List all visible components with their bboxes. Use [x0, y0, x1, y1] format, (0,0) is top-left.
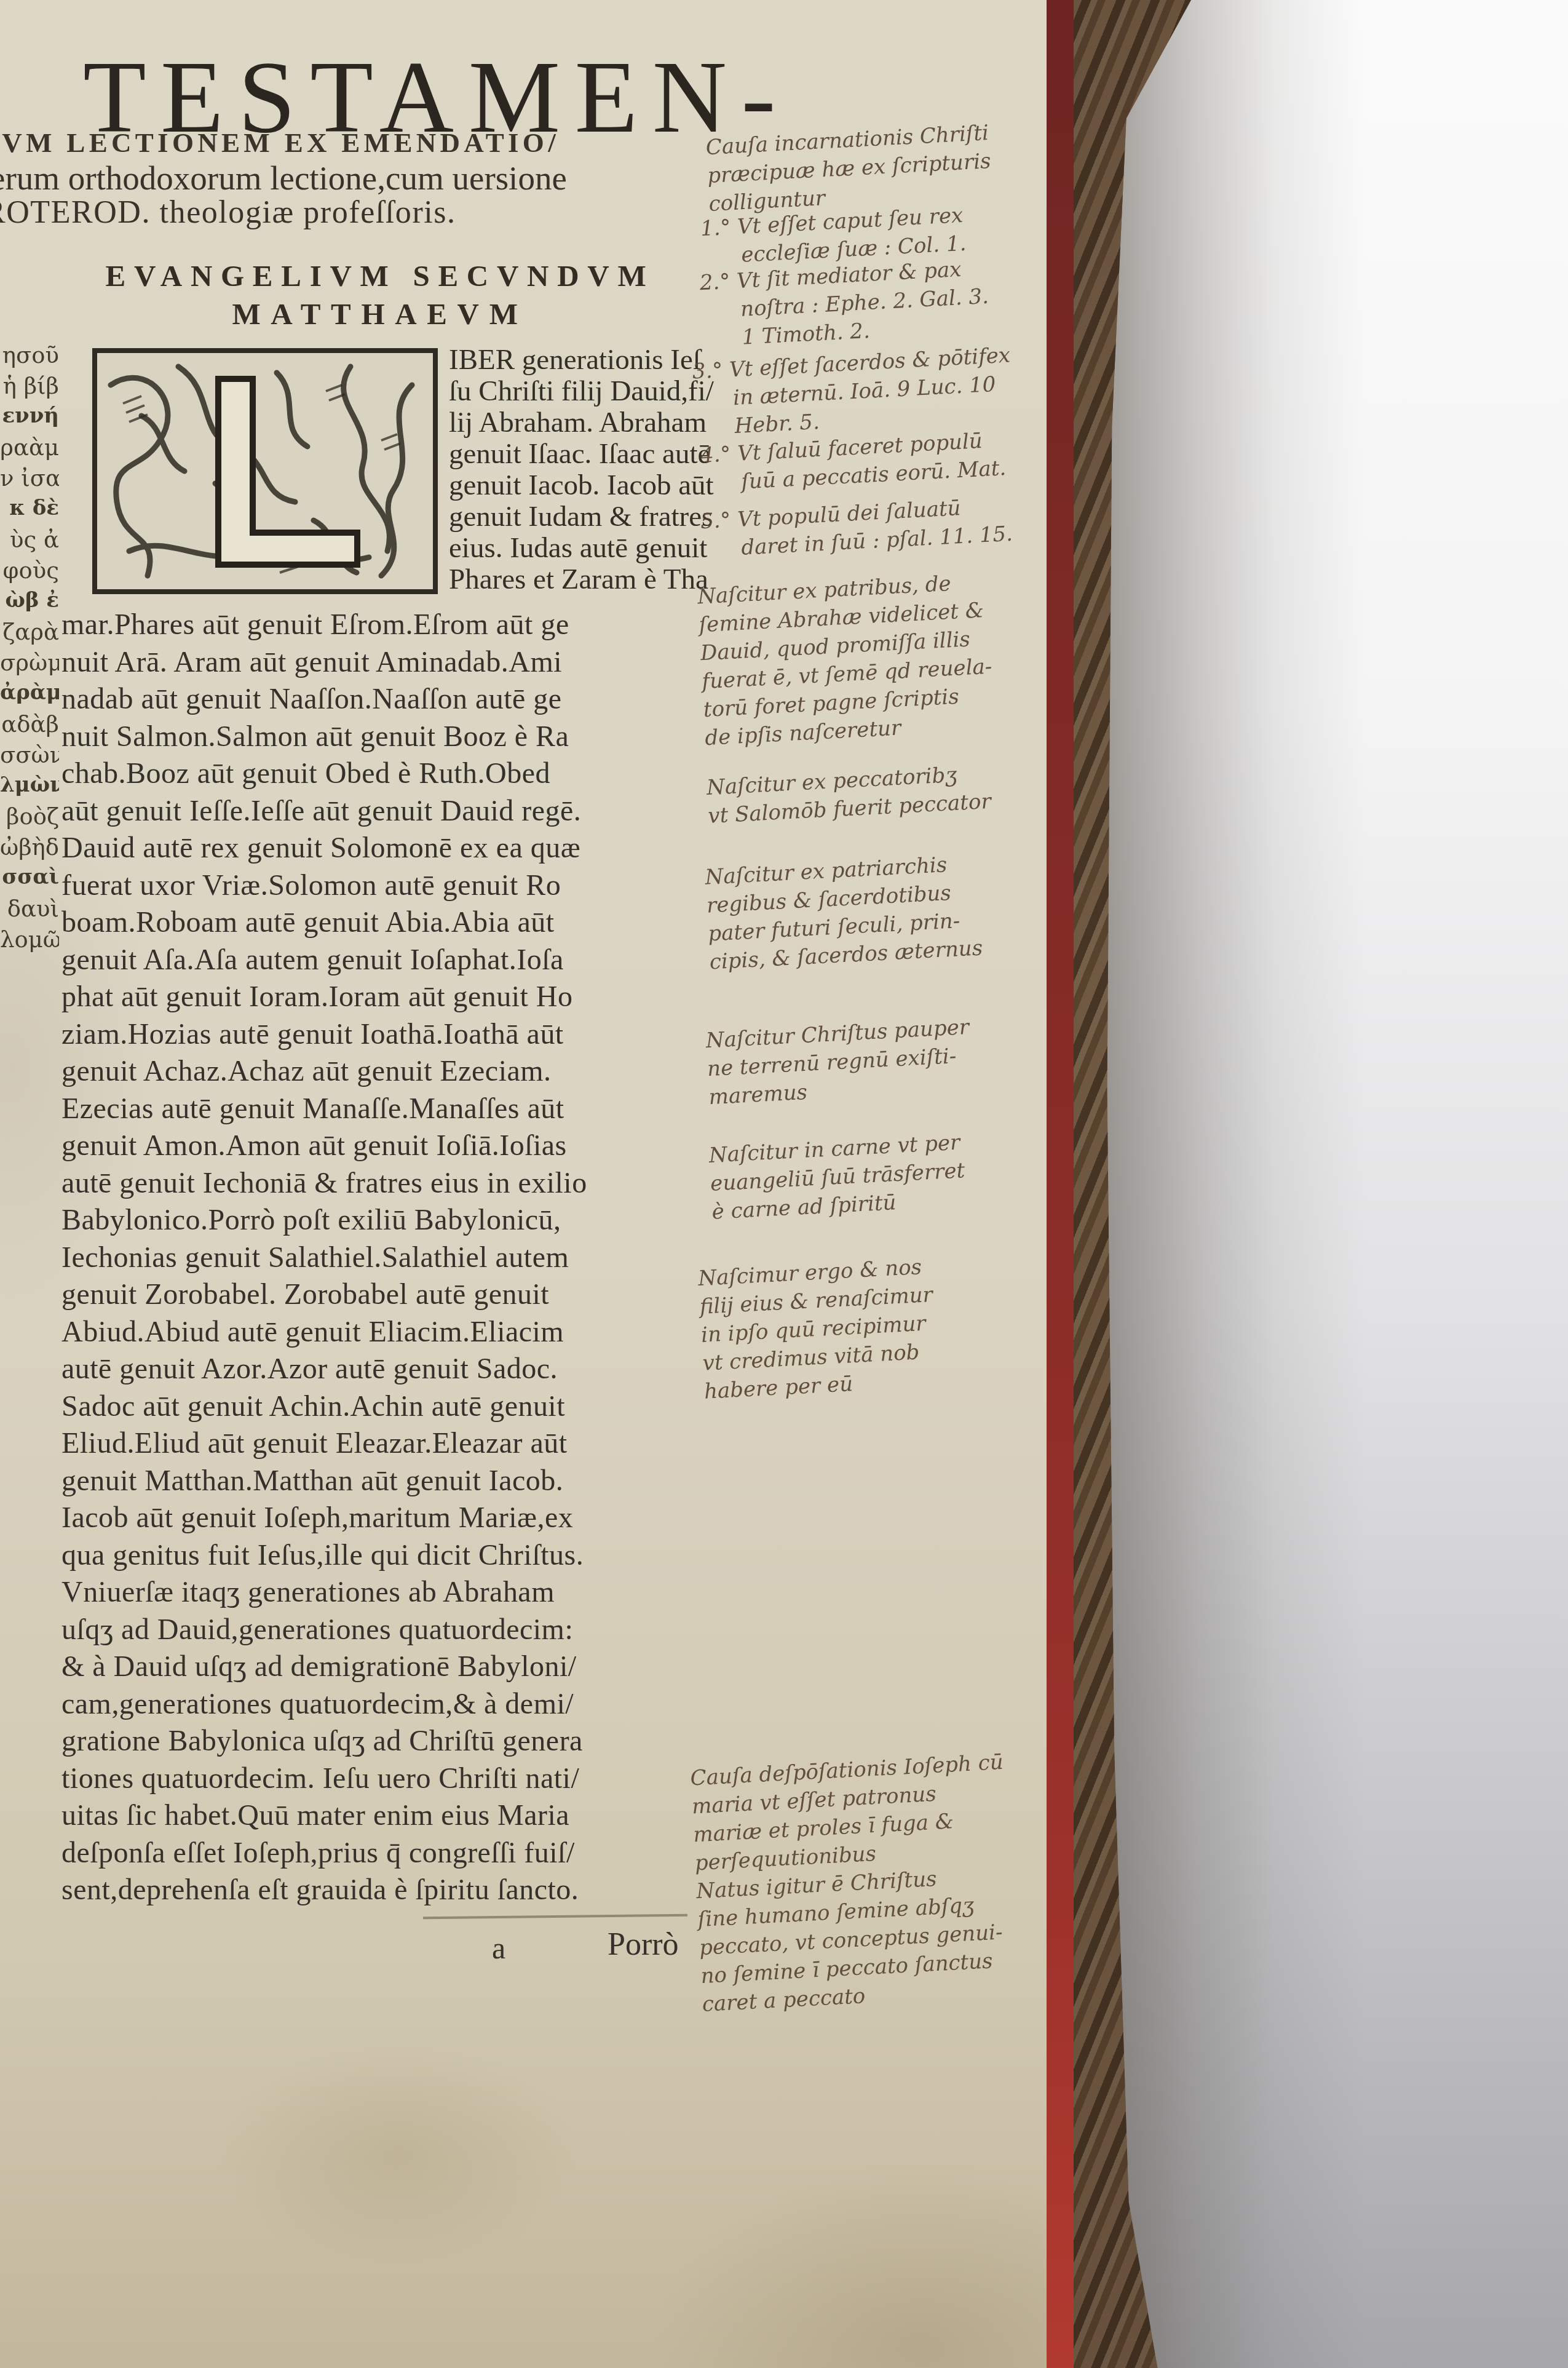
- signature-mark: a: [492, 1930, 505, 1966]
- text-line: eius. Iudas autē genuit: [449, 533, 714, 564]
- marginalia-block: Naſcimur ergo & nos filij eius & renaſci…: [697, 1252, 938, 1406]
- marginalia-block: Naſcitur in carne vt per euangeliū ſuū t…: [708, 1128, 967, 1226]
- opening-lines: IBER generationis Ieſ ſu Chriſti filij D…: [449, 344, 714, 595]
- text-line: nuit Arā. Aram aūt genuit Aminadab.Ami: [61, 644, 587, 681]
- text-line: nadab aūt genuit Naaſſon.Naaſſon autē ge: [61, 681, 587, 718]
- text-line: deſponſa eſſet Ioſeph,prius q̄ congreſſi…: [61, 1835, 587, 1872]
- greek-fragment: ὼβ ἐ: [0, 588, 59, 619]
- text-line: aūt genuit Ieſſe.Ieſſe aūt genuit Dauid …: [61, 793, 587, 830]
- photo-of-open-book: ησοῦ ἡ βίβ εννή ραὰμ ν ἰσα κ δὲ ὺς ἀ φοὺ…: [0, 0, 1568, 2368]
- text-line: autē genuit Azor.Azor autē genuit Sadoc.: [61, 1351, 587, 1388]
- text-line: mar.Phares aūt genuit Eſrom.Eſrom aūt ge: [61, 606, 587, 644]
- text-line: gratione Babylonica uſqʒ ad Chriſtū gene…: [61, 1723, 587, 1760]
- text-line: Sadoc aūt genuit Achin.Achin autē genuit: [61, 1388, 587, 1426]
- marginalia-block: Naſcitur ex patriarchis regibus & ſacerd…: [704, 849, 983, 976]
- text-line: genuit Iacob. Iacob aūt: [449, 470, 714, 501]
- text-line: Babylonico.Porrò poſt exiliū Babylonicū,: [61, 1202, 587, 1239]
- greek-fragment: ὠβὴδ: [0, 834, 59, 865]
- marginalia-block: 2.° Vt ſit mediator & pax noſtra : Ephe.…: [699, 254, 991, 354]
- greek-fragment: ν ἰσα: [0, 465, 59, 496]
- greek-fragment: ησοῦ: [0, 342, 59, 373]
- text-line: boam.Roboam autē genuit Abia.Abia aūt: [61, 904, 587, 942]
- greek-fragment: ὺς ἀ: [0, 526, 59, 557]
- greek-fragment: βοὸζ: [0, 803, 59, 834]
- text-line: chab.Booz aūt genuit Obed è Ruth.Obed: [61, 755, 587, 793]
- text-line: autē genuit Iechoniā & fratres eius in e…: [61, 1165, 587, 1202]
- text-line: genuit Amon.Amon aūt genuit Ioſiā.Ioſias: [61, 1127, 587, 1165]
- greek-fragment: σσὼν: [0, 742, 59, 773]
- text-line: Iechonias genuit Salathiel.Salathiel aut…: [61, 1239, 587, 1277]
- greek-fragment: σσαὶ: [0, 865, 59, 896]
- text-line: fuerat uxor Vriæ.Solomon autē genuit Ro: [61, 867, 587, 905]
- text-line: Iacob aūt genuit Ioſeph,maritum Mariæ,ex: [61, 1500, 587, 1537]
- text-line: genuit Aſa.Aſa autem genuit Ioſaphat.Ioſ…: [61, 942, 587, 979]
- text-line: Eliud.Eliud aūt genuit Eleazar.Eleazar a…: [61, 1425, 587, 1463]
- text-line: ziam.Hozias autē genuit Ioathā.Ioathā aū…: [61, 1016, 587, 1054]
- text-line: Abiud.Abiud autē genuit Eliacim.Eliacim: [61, 1314, 587, 1351]
- text-line: sent,deprehenſa eſt grauida è ſpiritu ſa…: [61, 1872, 587, 1909]
- text-line: uſqʒ ad Dauid,generationes quatuordecim:: [61, 1611, 587, 1649]
- greek-fragment: λομῶ: [0, 926, 59, 957]
- greek-fragment: κ δὲ: [0, 496, 59, 526]
- marginalia-block: 5.° Vt populū dei ſaluatū daret in ſuū :…: [700, 491, 1013, 564]
- text-line: genuit Achaz.Achaz aūt genuit Ezeciam.: [61, 1053, 587, 1091]
- greek-fragment: ραὰμ: [0, 434, 59, 465]
- subtitle-line: erum orthodoxorum lectione,cum uersione: [0, 159, 567, 197]
- subtitle-line: RVM LECTIONEM EX EMENDATIO/: [0, 127, 560, 159]
- text-line: genuit Iſaac. Iſaac autē: [449, 439, 714, 470]
- greek-fragment: εννή: [0, 403, 59, 434]
- subtitle-line: ROTEROD. theologiæ profeſſoris.: [0, 194, 456, 231]
- greek-fragment: σρὼμ: [0, 650, 59, 680]
- text-line: lij Abraham. Abraham: [449, 407, 714, 439]
- text-line: genuit Matthan.Matthan aūt genuit Iacob.: [61, 1463, 587, 1500]
- text-line: cam,generationes quatuordecim,& à demi/: [61, 1686, 587, 1723]
- text-line: qua genitus fuit Ieſus,ille qui dicit Ch…: [61, 1537, 587, 1575]
- text-line: genuit Iudam & fratres: [449, 501, 714, 533]
- body-text-column: mar.Phares aūt genuit Eſrom.Eſrom aūt ge…: [61, 606, 587, 1909]
- marginalia-block: Naſcitur Chriſtus pauper ne terrenū regn…: [705, 1013, 973, 1111]
- marginalia-block: Cauſa deſpōſationis Ioſeph cū maria vt e…: [690, 1748, 1016, 2019]
- greek-text-margin: ησοῦ ἡ βίβ εννή ραὰμ ν ἰσα κ δὲ ὺς ἀ φοὺ…: [0, 342, 59, 957]
- text-line: Phares et Zaram è Tha: [449, 564, 714, 595]
- gospel-heading: MATTHAEVM: [60, 296, 700, 332]
- text-line: genuit Zorobabel. Zorobabel autē genuit: [61, 1276, 587, 1314]
- gospel-heading: EVANGELIVM SECVNDVM: [60, 258, 700, 293]
- text-line: nuit Salmon.Salmon aūt genuit Booz è Ra: [61, 718, 587, 756]
- ink-underline: [423, 1914, 687, 1920]
- text-line: tiones quatuordecim. Ieſu uero Chriſti n…: [61, 1760, 587, 1798]
- text-line: uitas ſic habet.Quū mater enim eius Mari…: [61, 1797, 587, 1835]
- greek-fragment: λμὼν: [0, 773, 59, 803]
- greek-fragment: αδὰβ: [0, 711, 59, 742]
- text-line: ſu Chriſti filij Dauid,fi/: [449, 376, 714, 407]
- catchword: Porrò: [608, 1926, 679, 1963]
- greek-fragment: δαυὶ: [0, 896, 59, 926]
- greek-fragment: ζαρὰ: [0, 619, 59, 650]
- marginalia-block: Naſcitur ex patribus, de ſemine Abrahæ v…: [697, 568, 996, 752]
- marginalia-block: Naſcitur ex peccatoribʒ vt Salomōb fueri…: [706, 759, 992, 830]
- greek-fragment: ἡ βίβ: [0, 373, 59, 403]
- greek-fragment: ἀρὰμ: [0, 680, 59, 711]
- text-line: Dauid autē rex genuit Solomonē ex ea quæ: [61, 830, 587, 867]
- text-line: phat aūt genuit Ioram.Ioram aūt genuit H…: [61, 979, 587, 1016]
- book-page: ησοῦ ἡ βίβ εννή ραὰμ ν ἰσα κ δὲ ὺς ἀ φοὺ…: [0, 0, 1047, 2368]
- text-line: Ezecias autē genuit Manaſſe.Manaſſes aūt: [61, 1091, 587, 1128]
- greek-fragment: φοὺς: [0, 557, 59, 588]
- text-line: Vniuerſæ itaqʒ generationes ab Abraham: [61, 1574, 587, 1611]
- text-line: IBER generationis Ieſ: [449, 344, 714, 376]
- book-cast-shadow: [1107, 0, 1365, 2368]
- woodcut-initial-L: [92, 348, 438, 594]
- text-line: & à Dauid uſqʒ ad demigrationē Babyloni/: [61, 1648, 587, 1686]
- red-stained-page-edges: [1045, 0, 1074, 2368]
